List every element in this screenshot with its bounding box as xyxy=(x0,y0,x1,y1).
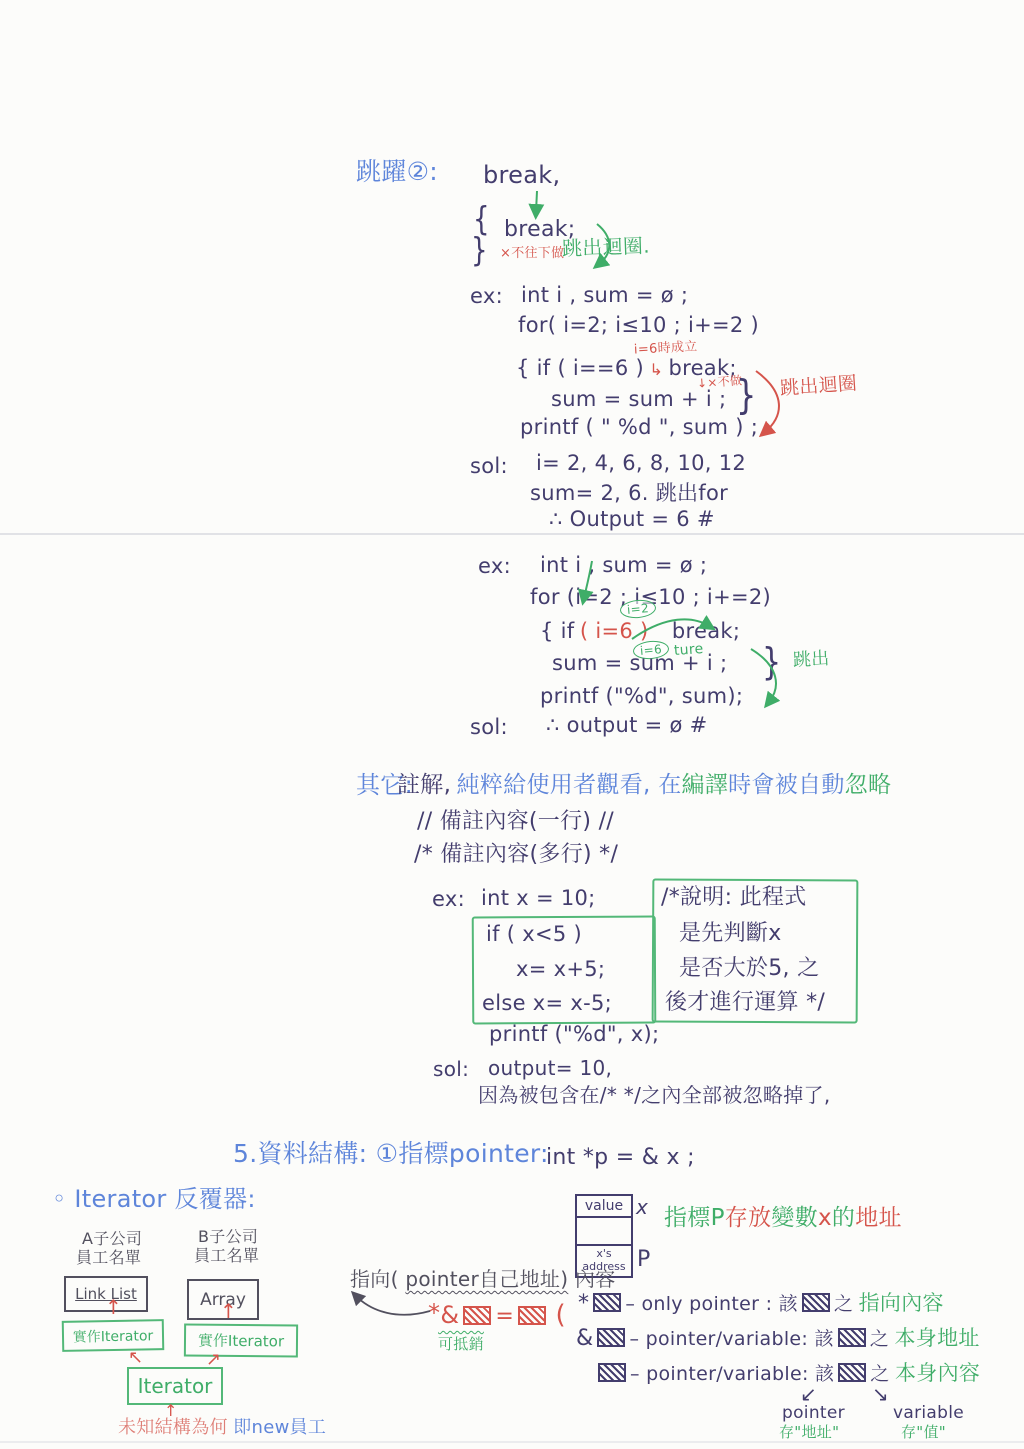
ex1-sum-line: sum = sum + i ; xyxy=(551,388,726,412)
single-line-comment: // 備註內容(一行) // xyxy=(417,810,614,835)
sol1-sequence: i= 2, 4, 6, 8, 10, 12 xyxy=(536,452,746,476)
multi-line-comment: /* 備註內容(多行) */ xyxy=(414,843,618,868)
comments-desc-4: 忽略 xyxy=(845,772,892,798)
rule-text: 之 xyxy=(870,1328,889,1350)
hatched-box-icon xyxy=(598,1363,626,1382)
pointer-memory-box: value x's address xyxy=(575,1194,633,1278)
sol1-sums: sum= 2, 6. 跳出for xyxy=(530,482,728,506)
hatched-box-icon xyxy=(838,1328,866,1347)
up-right-arrow-icon: ↗ xyxy=(206,1350,221,1370)
sol3-line1: output= 10, xyxy=(488,1057,612,1079)
desc-part: 的 xyxy=(832,1205,855,1231)
page-fold-line xyxy=(0,533,1024,535)
variable-footer-note: 存"值" xyxy=(901,1424,946,1441)
red-exit-curve xyxy=(756,371,779,432)
desc-part: 指標P xyxy=(664,1205,725,1231)
pointer-footer-label: pointer xyxy=(782,1404,845,1423)
equals-symbol: = xyxy=(495,1304,514,1329)
rule-row-3: – pointer/variable: 該之 本身內容 xyxy=(594,1362,980,1386)
rule-text: 之 xyxy=(834,1293,853,1315)
x-variable-label: x xyxy=(636,1196,648,1218)
ex3-comment-4: 後才進行運算 */ xyxy=(665,991,825,1016)
desc-part: 地址 xyxy=(855,1205,902,1231)
ampersand-symbol: & xyxy=(576,1326,593,1351)
sol3-line2: 因為被包含在/* */之內全部被忽略掉了, xyxy=(478,1084,831,1106)
iterator-note-blue: 即new員工 xyxy=(233,1417,326,1438)
hatched-box-icon xyxy=(802,1293,830,1312)
variable-footer-label: variable xyxy=(893,1404,964,1423)
ex3-declaration: int x = 10; xyxy=(481,887,596,911)
sol1-label: sol: xyxy=(470,455,508,479)
ex3-printf-line: printf ("%d", x); xyxy=(489,1023,659,1047)
ex2-exit-note: 跳出 xyxy=(792,649,830,671)
up-left-arrow-icon: ↖ xyxy=(128,1348,143,1368)
hatched-box-icon xyxy=(593,1293,621,1312)
ex1-label: ex: xyxy=(470,285,503,309)
ex1-if-pre: { if ( i==6 ) xyxy=(516,356,644,380)
desc-part: 存放 xyxy=(725,1205,772,1231)
company-b-label-2: 員工名單 xyxy=(194,1247,259,1265)
impl-iterator-a-box: 實作Iterator xyxy=(62,1319,165,1352)
iterator-base-box: Iterator xyxy=(127,1367,223,1405)
exit-loop-note: 跳出迴圈. xyxy=(562,234,651,259)
empty-cell xyxy=(577,1218,631,1246)
ex2-sol-text: ∴ output = ø # xyxy=(546,714,708,738)
ex3-then-line: x= x+5; xyxy=(516,958,605,982)
ex3-comment-2: 是先判斷x xyxy=(679,922,782,947)
company-b-label-1: B子公司 xyxy=(198,1228,258,1246)
address-cell-line1: x's xyxy=(577,1248,631,1261)
company-a-label-1: A子公司 xyxy=(82,1230,142,1248)
gray-caption-arrow xyxy=(356,1296,430,1315)
ex1-declaration: int i , sum = ø ; xyxy=(521,284,688,308)
ex2-label: ex: xyxy=(478,555,511,579)
ex2-sol-label: sol: xyxy=(470,716,508,740)
ex2-declaration: int i , sum = ø ; xyxy=(540,554,707,578)
ex2-if-line: { if ( i=6 ) break; xyxy=(540,620,740,644)
company-a-label-2: 員工名單 xyxy=(76,1249,141,1267)
ex3-comment-1: /*說明: 此程式 xyxy=(661,886,807,911)
no-continue-note: ×不往下做 xyxy=(500,247,564,262)
ex2-close-brace: } xyxy=(762,642,781,684)
comments-term: 註解, xyxy=(397,772,451,798)
comments-desc-3: 時會被自動 xyxy=(728,772,845,798)
star-symbol: * xyxy=(428,1299,440,1327)
rule-result: 本身內容 xyxy=(895,1361,980,1385)
ex1-exit-note: 跳出迴圈 xyxy=(779,373,857,400)
star-symbol: * xyxy=(578,1291,589,1316)
pointer-code: int *p = & x ; xyxy=(546,1146,695,1171)
hatched-box-icon xyxy=(597,1328,625,1347)
ex2-sum-line: sum = sum + i ; xyxy=(552,652,727,676)
hatched-box-icon xyxy=(518,1306,546,1325)
ex2-if-cond: ( i=6 ) xyxy=(580,619,649,643)
rule-result: 本身地址 xyxy=(894,1326,979,1350)
rule-text: – pointer/variable: 該 xyxy=(629,1328,833,1350)
comments-heading-line: 註解, 純粹給使用者觀看, 在編譯時會被自動忽略 xyxy=(397,773,891,799)
data-structure-heading: 5.資料結構: ①指標pointer: xyxy=(233,1140,549,1168)
impl-iterator-b-box: 實作Iterator xyxy=(184,1324,298,1358)
paren-symbol: ( xyxy=(555,1300,565,1330)
ex2-if-break: break; xyxy=(672,619,740,643)
close-brace: } xyxy=(471,233,488,269)
notebook-page: 跳躍②: break, { break; } ×不往下做 跳出迴圈. ex: i… xyxy=(0,0,1024,1449)
iterator-heading: ◦ Iterator 反覆器: xyxy=(52,1186,256,1213)
deref-caption-wavy: pointer自己地址) xyxy=(405,1267,568,1291)
hook-arrow-icon: ↳ xyxy=(649,360,663,379)
ex1-printf-line: printf ( " %d ", sum ) ; xyxy=(520,416,758,440)
rule-result: 指向內容 xyxy=(859,1291,944,1315)
ex3-else-line: else x= x-5; xyxy=(482,992,612,1016)
up-arrow-icon: ↑ xyxy=(220,1300,237,1322)
comments-desc-2: 編譯 xyxy=(682,772,729,798)
ex3-if-line: if ( x<5 ) xyxy=(486,923,582,947)
rule-text: – only pointer : 該 xyxy=(625,1293,798,1315)
ex2-printf-line: printf ("%d", sum); xyxy=(540,685,743,709)
deref-formula: *&= ( xyxy=(428,1300,566,1330)
green-down-arrow xyxy=(536,191,537,212)
iterator-note: 未知結構為何 即new員工 xyxy=(118,1418,326,1438)
sol1-output: ∴ Output = 6 # xyxy=(549,508,715,532)
desc-part: 變數 xyxy=(771,1205,818,1231)
comments-desc-1: 純粹給使用者觀看, 在 xyxy=(457,772,682,798)
jump-heading: 跳躍②: xyxy=(356,158,438,186)
sol3-label: sol: xyxy=(433,1058,469,1080)
iterator-base-label: Iterator xyxy=(138,1374,213,1398)
ex1-for-line: for( i=2; i≤10 ; i+=2 ) xyxy=(518,314,759,338)
ampersand-symbol: & xyxy=(440,1301,459,1329)
deref-caption-pre: 指向( xyxy=(350,1267,405,1291)
rule-row-2: &– pointer/variable: 該之 本身地址 xyxy=(576,1327,980,1352)
deref-caption: 指向( pointer自己地址) 內容 xyxy=(350,1268,616,1290)
down-right-arrow-icon: ↘ xyxy=(872,1383,889,1405)
hatched-box-icon xyxy=(463,1306,491,1325)
desc-part: x xyxy=(818,1205,832,1231)
rule-row-1: *– only pointer : 該之 指向內容 xyxy=(578,1292,944,1317)
value-cell: value xyxy=(577,1196,631,1218)
page-bottom-line xyxy=(0,1441,1024,1443)
pointer-footer-note: 存"地址" xyxy=(779,1424,839,1441)
cancel-note: 可抵銷 xyxy=(438,1336,484,1353)
ex1-close-brace: } xyxy=(736,374,757,419)
p-pointer-label: P xyxy=(637,1248,651,1273)
pointer-description: 指標P存放變數x的地址 xyxy=(664,1206,902,1232)
deref-caption-post: 內容 xyxy=(568,1267,615,1291)
ex2-if-pre: { if xyxy=(540,619,574,643)
hatched-box-icon xyxy=(838,1363,866,1382)
ex3-label: ex: xyxy=(432,888,465,912)
up-arrow-icon: ↑ xyxy=(105,1296,122,1318)
iterator-note-red: 未知結構為何 xyxy=(118,1417,228,1438)
jump-keyword: break, xyxy=(483,162,560,189)
ex3-comment-3: 是否大於5, 之 xyxy=(679,957,819,982)
impl-iterator-a-label: 實作Iterator xyxy=(73,1325,154,1346)
